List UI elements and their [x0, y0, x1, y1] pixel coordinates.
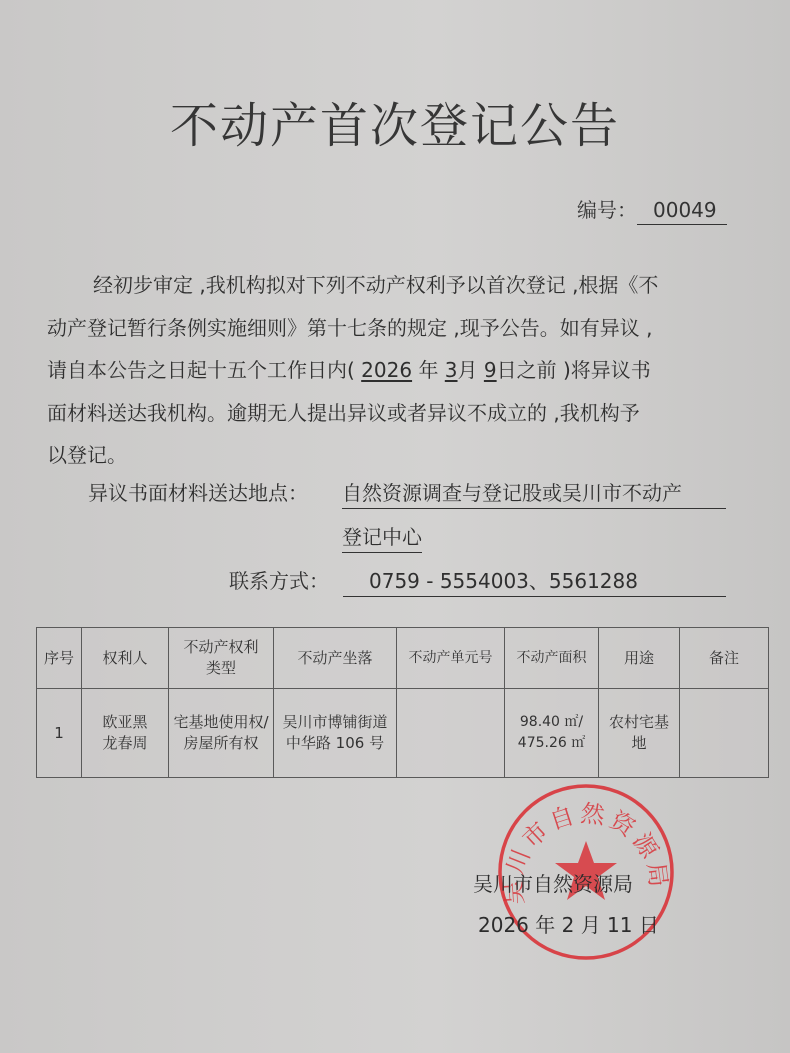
deadline-year: 2026: [361, 358, 412, 382]
cell-usage: 农村宅基地: [599, 689, 680, 778]
registration-table: 序号 权利人 不动产权利类型 不动产坐落 不动产单元号 不动产面积 用途 备注 …: [36, 627, 769, 778]
deadline-day: 9: [484, 358, 497, 382]
cell-index: 1: [37, 689, 82, 778]
cell-holder: 欧亚黑龙春周: [82, 689, 169, 778]
header-right-type: 不动产权利类型: [169, 628, 274, 689]
body-line-1: 经初步审定 ,我机构拟对下列不动产权利予以首次登记 ,根据《不: [47, 264, 737, 307]
cell-location: 吴川市博铺街道中华路 106 号: [274, 689, 397, 778]
header-holder: 权利人: [82, 628, 169, 689]
serial-label: 编号：: [577, 198, 637, 222]
body-line-2: 动产登记暂行条例实施细则》第十七条的规定 ,现予公告。如有异议 ,: [47, 307, 737, 350]
notice-body: 经初步审定 ,我机构拟对下列不动产权利予以首次登记 ,根据《不 动产登记暂行条例…: [47, 264, 737, 477]
issuer-name: 吴川市自然资源局: [473, 870, 633, 898]
page-title: 不动产首次登记公告: [0, 96, 790, 156]
objection-address-value: 自然资源调查与登记股或吴川市不动产: [342, 478, 726, 509]
body-line-4: 面材料送达我机构。逾期无人提出异议或者异议不成立的 ,我机构予: [47, 392, 737, 435]
serial-value: 00049: [637, 196, 727, 225]
cell-unit-number: [397, 689, 505, 778]
body-line-3: 请自本公告之日起十五个工作日内( 2026 年 3月 9日之前 )将异议书: [47, 349, 737, 392]
contact-label: 联系方式：: [229, 566, 329, 596]
header-index: 序号: [37, 628, 82, 689]
objection-address-value-cont: 登记中心: [342, 522, 422, 553]
issue-date: 2026 年 2 月 11 日: [478, 911, 659, 939]
header-unit-number: 不动产单元号: [397, 628, 505, 689]
header-location: 不动产坐落: [274, 628, 397, 689]
header-usage: 用途: [599, 628, 680, 689]
cell-right-type: 宅基地使用权/房屋所有权: [169, 689, 274, 778]
area-value-1: 98.40 ㎡/: [505, 712, 598, 733]
table-header-row: 序号 权利人 不动产权利类型 不动产坐落 不动产单元号 不动产面积 用途 备注: [37, 628, 769, 689]
objection-address-label: 异议书面材料送达地点：: [88, 478, 308, 508]
area-value-2: 475.26 ㎡: [505, 733, 598, 754]
serial-number: 编号：00049: [577, 196, 727, 225]
header-remarks: 备注: [680, 628, 769, 689]
body-line-5: 以登记。: [47, 434, 737, 477]
deadline-month: 3: [445, 358, 458, 382]
header-area: 不动产面积: [505, 628, 599, 689]
contact-value: 0759 - 5554003、5561288: [343, 566, 726, 597]
cell-area: 98.40 ㎡/ 475.26 ㎡: [505, 689, 599, 778]
table-row: 1 欧亚黑龙春周 宅基地使用权/房屋所有权 吴川市博铺街道中华路 106 号 9…: [37, 689, 769, 778]
cell-remarks: [680, 689, 769, 778]
